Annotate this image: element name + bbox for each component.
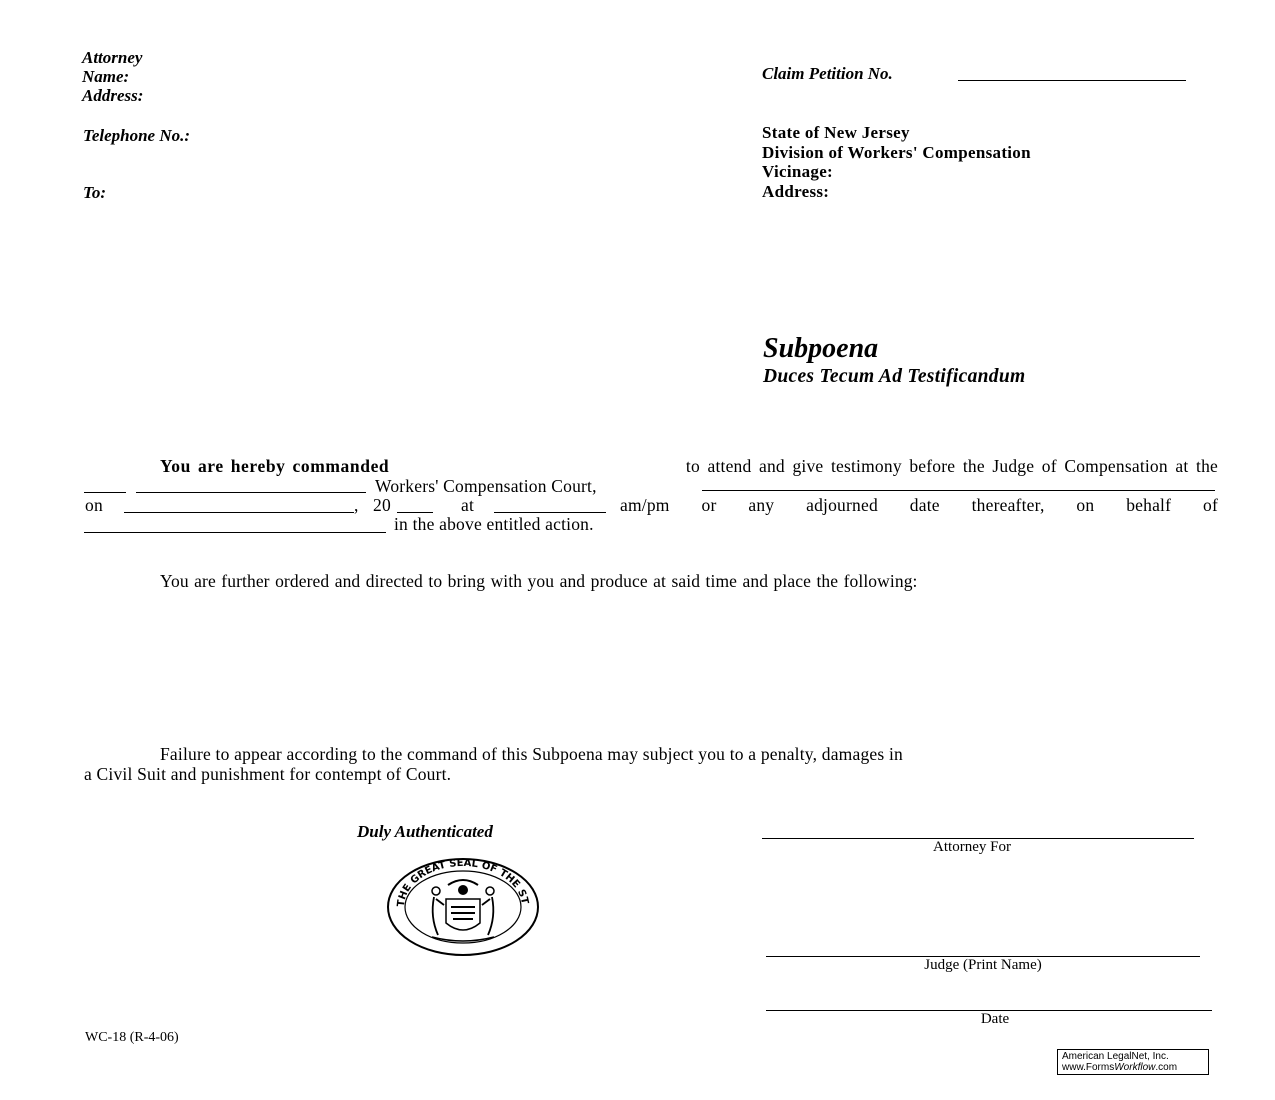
claim-petition-field[interactable] <box>958 80 1186 81</box>
publisher-name: American LegalNet, Inc. <box>1062 1051 1204 1062</box>
on-behalf-of-field[interactable] <box>84 532 386 533</box>
am-pm-text: am/pm or any adjourned date thereafter, … <box>620 495 1218 516</box>
failure-line-2: a Civil Suit and punishment for contempt… <box>84 764 451 785</box>
at-text: at <box>461 495 474 516</box>
comma-text: , <box>354 495 359 516</box>
date-label: Date <box>766 1011 1224 1028</box>
date-field[interactable] <box>124 512 354 513</box>
court-block: State of New Jersey Division of Workers'… <box>762 123 1031 201</box>
on-text: on <box>85 495 103 516</box>
form-id: WC-18 (R-4-06) <box>85 1030 179 1046</box>
publisher-box: American LegalNet, Inc. www.FormsWorkflo… <box>1057 1049 1209 1075</box>
year-prefix-text: 20 <box>373 495 391 516</box>
document-title: Subpoena <box>763 333 878 365</box>
judge-print-name-label: Judge (Print Name) <box>766 957 1200 974</box>
attorney-label: Attorney <box>82 48 143 67</box>
attorney-for-label: Attorney For <box>762 839 1182 856</box>
attorney-block: Attorney Name: Address: <box>82 48 143 105</box>
court-address-label: Address: <box>762 182 1031 202</box>
year-field[interactable] <box>397 512 433 513</box>
command-line-1: You are hereby commanded to attend and g… <box>160 456 1218 477</box>
court-address-field[interactable] <box>702 490 1215 491</box>
division-name: Division of Workers' Compensation <box>762 143 1031 163</box>
publisher-url: www.FormsWorkflow.com <box>1062 1062 1204 1073</box>
svg-text:THE GREAT SEAL OF THE STATE OF: THE GREAT SEAL OF THE STATE OF NEW JERSE… <box>386 857 530 907</box>
produce-instruction: You are further ordered and directed to … <box>160 571 918 592</box>
time-field[interactable] <box>494 512 606 513</box>
entitled-action-text: in the above entitled action. <box>394 514 594 535</box>
failure-line-1: Failure to appear according to the comma… <box>160 744 903 765</box>
location-prefix-field[interactable] <box>84 492 126 493</box>
state-seal-icon: THE GREAT SEAL OF THE STATE OF NEW JERSE… <box>386 857 540 957</box>
duly-authenticated-label: Duly Authenticated <box>357 822 493 842</box>
command-lead: You are hereby commanded <box>160 456 389 476</box>
document-subtitle: Duces Tecum Ad Testificandum <box>763 366 1025 388</box>
produce-items-area[interactable] <box>84 600 1218 730</box>
location-field[interactable] <box>136 492 366 493</box>
address-label: Address: <box>82 86 143 105</box>
to-label: To: <box>83 183 106 202</box>
claim-petition-label: Claim Petition No. <box>762 64 893 84</box>
telephone-label: Telephone No.: <box>83 126 190 145</box>
name-label: Name: <box>82 67 143 86</box>
command-line-1-text: to attend and give testimony before the … <box>686 456 1218 477</box>
vicinage-label: Vicinage: <box>762 162 1031 182</box>
state-name: State of New Jersey <box>762 123 1031 143</box>
workers-comp-court-text: Workers' Compensation Court, <box>375 476 597 497</box>
